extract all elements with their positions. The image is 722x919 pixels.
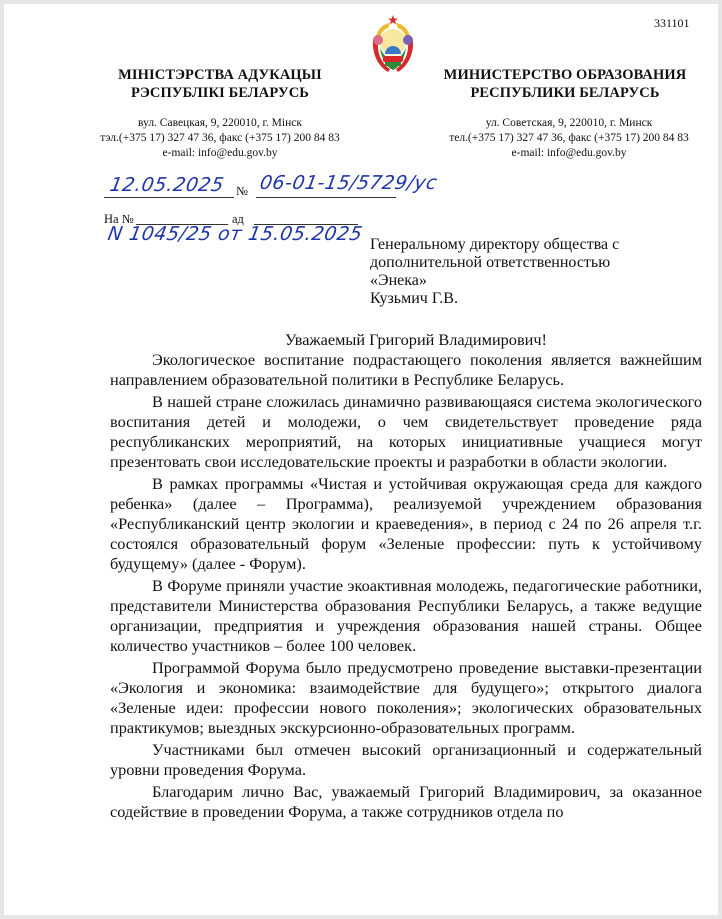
org-line: МИНИСТЕРСТВО ОБРАЗОВАНИЯ: [440, 66, 690, 84]
belarus-state-emblem-icon: [368, 14, 418, 76]
number-underline: [256, 197, 396, 198]
paragraph: В нашей стране сложилась динамично разви…: [110, 392, 702, 472]
addressee-line: «Энека»: [370, 272, 619, 290]
paragraph: Участниками был отмечен высокий организа…: [110, 740, 702, 780]
addressee-block: Генеральному директору общества с дополн…: [370, 236, 619, 308]
addressee-line: Кузьмич Г.В.: [370, 290, 619, 308]
address: ул. Советская, 9, 220010, г. Минск: [438, 116, 700, 131]
paragraph: Экологическое воспитание подрастающего п…: [110, 350, 702, 390]
number-label: №: [236, 184, 248, 199]
phones: тэл.(+375 17) 327 47 36, факс (+375 17) …: [84, 131, 356, 146]
address: вул. Савецкая, 9, 220010, г. Мінск: [84, 116, 356, 131]
handwritten-reply-reference: N 1045/25 от 15.05.2025: [106, 223, 364, 245]
phones: тел.(+375 17) 327 47 36, факс (+375 17) …: [438, 131, 700, 146]
org-line: МІНІСТЭРСТВА АДУКАЦЫІ: [104, 66, 336, 84]
email: e-mail: info@edu.gov.by: [84, 146, 356, 161]
paragraph: Программой Форума было предусмотрено про…: [110, 658, 702, 738]
document-code: 331101: [654, 16, 690, 31]
greeting: Уважаемый Григорий Владимирович!: [130, 330, 702, 350]
handwritten-date: 12.05.2025: [108, 174, 226, 196]
addressee-line: дополнительной ответственностью: [370, 254, 619, 272]
ministry-name-belarusian: МІНІСТЭРСТВА АДУКАЦЫІ РЭСПУБЛІКІ БЕЛАРУС…: [104, 66, 336, 102]
paragraph: В Форуме приняли участие экоактивная мол…: [110, 576, 702, 656]
org-line: РЕСПУБЛИКИ БЕЛАРУСЬ: [440, 84, 690, 102]
ministry-name-russian: МИНИСТЕРСТВО ОБРАЗОВАНИЯ РЕСПУБЛИКИ БЕЛА…: [440, 66, 690, 102]
email: e-mail: info@edu.gov.by: [438, 146, 700, 161]
date-underline: [104, 197, 234, 198]
addressee-line: Генеральному директору общества с: [370, 236, 619, 254]
org-line: РЭСПУБЛІКІ БЕЛАРУСЬ: [104, 84, 336, 102]
letter-page: 331101 МІНІСТЭРСТВА АДУКАЦЫІ РЭСПУБЛІКІ …: [4, 4, 718, 915]
paragraph: Благодарим лично Вас, уважаемый Григорий…: [110, 782, 702, 822]
contact-block-russian: ул. Советская, 9, 220010, г. Минск тел.(…: [438, 116, 700, 161]
letter-body: Уважаемый Григорий Владимирович! Экологи…: [110, 330, 702, 822]
contact-block-belarusian: вул. Савецкая, 9, 220010, г. Мінск тэл.(…: [84, 116, 356, 161]
paragraph: В рамках программы «Чистая и устойчивая …: [110, 474, 702, 574]
handwritten-registration-number: 06-01-15/5729/ус: [258, 172, 439, 194]
